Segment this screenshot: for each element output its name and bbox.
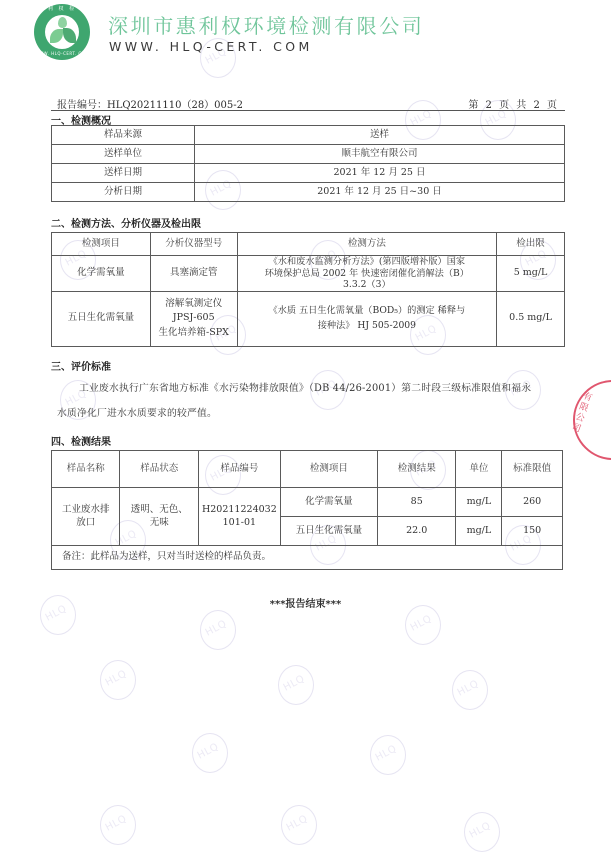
instrument-line: 具塞滴定管 [154,267,234,280]
test-item: 化学需氧量 [280,488,377,517]
table-row: 样品来源 送样 [52,126,565,145]
column-header: 检测项目 [52,233,151,256]
column-header: 检测项目 [280,451,377,488]
table-row: 五日生化需氧量 溶解氧测定仪 JPSJ-605 生化培养箱-SPX 《水质 五日… [52,291,565,346]
results-note: 备注：此样品为送样，只对当时送检的样品负责。 [52,546,563,570]
section-title-results: 四、检测结果 [51,433,111,448]
report-end-mark: ***报告结束*** [0,595,611,610]
test-method: 《水和废水监测分析方法》(第四版增补版）国家 环境保护总局 2002 年 快速密… [237,256,496,292]
sample-name: 工业废水排 放口 [52,488,120,546]
company-logo: 惠 利 权 检 测 WWW. HLQ-CERT. COM [34,4,90,60]
results-table: 样品名称 样品状态 样品编号 检测项目 检测结果 单位 标准限值 工业废水排 放… [51,450,563,570]
table-header-row: 检测项目 分析仪器型号 检测方法 检出限 [52,233,565,256]
column-header: 样品状态 [120,451,198,488]
row-value: 顺丰航空有限公司 [195,145,565,164]
unit: mg/L [456,517,502,546]
column-header: 检测结果 [377,451,456,488]
method-line: 接种法》 HJ 505-2009 [241,319,493,334]
row-label: 分析日期 [52,183,195,202]
detection-limit: 0.5 mg/L [497,291,565,346]
standard-limit: 150 [502,517,563,546]
row-value: 2021 年 12 月 25 日 [195,164,565,183]
sample-state: 透明、无色、 无味 [120,488,198,546]
row-label: 送样日期 [52,164,195,183]
test-item: 五日生化需氧量 [280,517,377,546]
standards-paragraph-line-2: 水质净化厂进水水质要求的较严值。 [57,405,217,419]
company-url: WWW. HLQ-CERT. COM [109,39,313,54]
method-line: 3.3.2（3） [241,279,493,291]
row-value: 2021 年 12 月 25 日~30 日 [195,183,565,202]
instrument-line: 溶解氧测定仪 [154,297,234,311]
table-row: 送样日期 2021 年 12 月 25 日 [52,164,565,183]
leaf-icon [45,15,79,49]
table-row: 分析日期 2021 年 12 月 25 日~30 日 [52,183,565,202]
standard-limit: 260 [502,488,563,517]
instrument-line: 生化培养箱-SPX [154,326,234,340]
report-page: 惠 利 权 检 测 WWW. HLQ-CERT. COM 深圳市惠利权环境检测有… [0,0,611,862]
section-title-standards: 三、评价标准 [51,358,111,373]
table-note-row: 备注：此样品为送样，只对当时送检的样品负责。 [52,546,563,570]
column-header: 分析仪器型号 [150,233,237,256]
overview-table: 样品来源 送样 送样单位 顺丰航空有限公司 送样日期 2021 年 12 月 2… [51,125,565,202]
column-header: 样品名称 [52,451,120,488]
instrument: 溶解氧测定仪 JPSJ-605 生化培养箱-SPX [150,291,237,346]
table-row: 化学需氧量 具塞滴定管 《水和废水监测分析方法》(第四版增补版）国家 环境保护总… [52,256,565,292]
header-divider [51,110,565,111]
table-row: 工业废水排 放口 透明、无色、 无味 H20211224032 101-01 化… [52,488,563,517]
company-name: 深圳市惠利权环境检测有限公司 [108,10,424,39]
page-info: 第 2 页 共 2 页 [468,96,559,111]
instrument-line: JPSJ-605 [154,311,234,325]
method-line: 《水质 五日生化需氧量（BOD₅）的测定 稀释与 [241,304,493,319]
test-method: 《水质 五日生化需氧量（BOD₅）的测定 稀释与 接种法》 HJ 505-200… [237,291,496,346]
standards-paragraph-line-1: 工业废水执行广东省地方标准《水污染物排放限值》（DB 44/26-2001）第二… [79,380,531,394]
table-header-row: 样品名称 样品状态 样品编号 检测项目 检测结果 单位 标准限值 [52,451,563,488]
method-line: 《水和废水监测分析方法》(第四版增补版）国家 [241,256,493,268]
test-result: 85 [377,488,456,517]
method-line: 环境保护总局 2002 年 快速密闭催化消解法（B） [241,268,493,280]
column-header: 单位 [456,451,502,488]
detection-limit: 5 mg/L [497,256,565,292]
sample-name-line: 放口 [55,517,116,530]
row-label: 样品来源 [52,126,195,145]
column-header: 标准限值 [502,451,563,488]
sample-name-line: 工业废水排 [55,504,116,517]
sample-number-line: 101-01 [202,517,277,530]
sample-state-line: 无味 [123,517,194,530]
sample-state-line: 透明、无色、 [123,504,194,517]
logo-ring-text-bottom: WWW. HLQ-CERT. COM [34,51,90,56]
test-item: 五日生化需氧量 [52,291,151,346]
sample-number-line: H20211224032 [202,504,277,517]
row-label: 送样单位 [52,145,195,164]
methods-table: 检测项目 分析仪器型号 检测方法 检出限 化学需氧量 具塞滴定管 《水和废水监测… [51,232,565,347]
test-result: 22.0 [377,517,456,546]
table-row: 送样单位 顺丰航空有限公司 [52,145,565,164]
test-item: 化学需氧量 [52,256,151,292]
report-number: 报告编号：HLQ20211110（28）005-2 [57,96,243,111]
logo-ring-text-top: 惠 利 权 检 测 [34,5,90,12]
column-header: 样品编号 [198,451,280,488]
section-title-methods: 二、检测方法、分析仪器及检出限 [51,215,201,230]
column-header: 检出限 [497,233,565,256]
column-header: 检测方法 [237,233,496,256]
row-value: 送样 [195,126,565,145]
sample-number: H20211224032 101-01 [198,488,280,546]
instrument: 具塞滴定管 [150,256,237,292]
unit: mg/L [456,488,502,517]
